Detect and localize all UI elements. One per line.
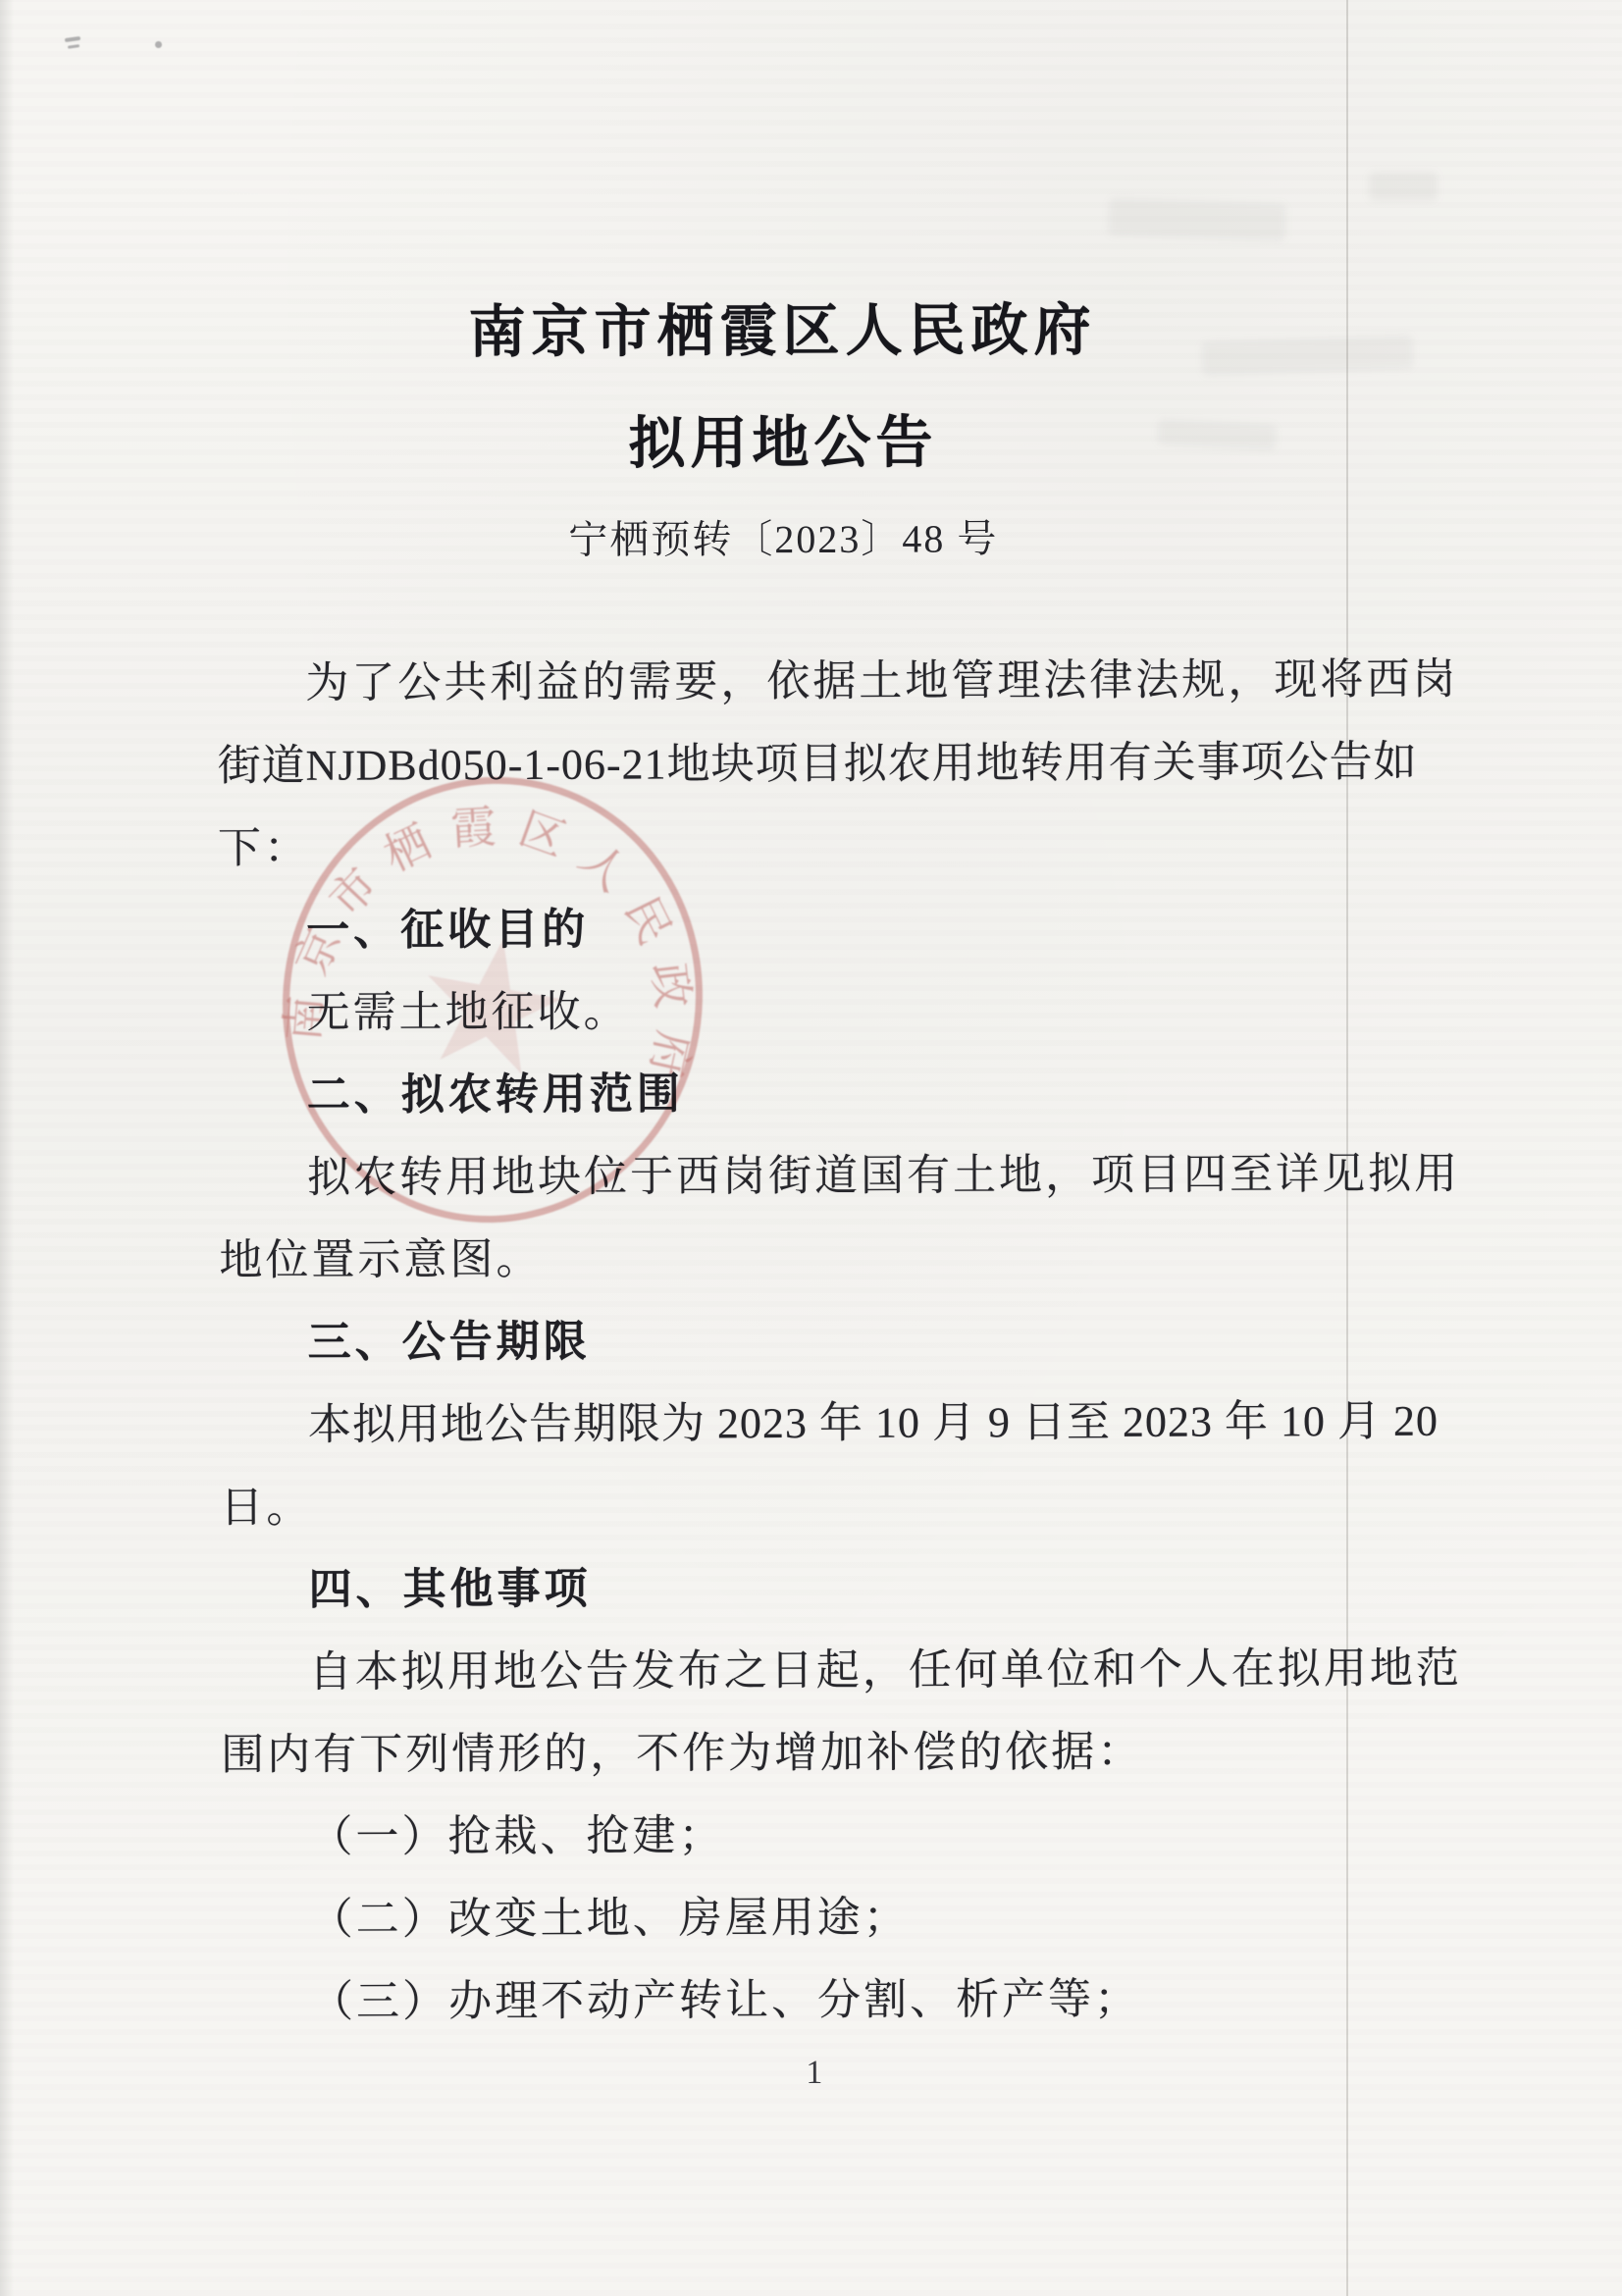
scanned-document-page: 南京市栖霞区人民政府 拟用地公告 宁栖预转〔2023〕48 号 为了公共利益的需… xyxy=(0,0,1622,2296)
document-title: 南京市栖霞区人民政府 xyxy=(0,282,1568,370)
body-line: 三、公告期限 xyxy=(220,1298,1456,1384)
official-seal: 南京市栖霞区人民政府 xyxy=(244,740,741,1260)
document-content: 南京市栖霞区人民政府 拟用地公告 宁栖预转〔2023〕48 号 为了公共利益的需… xyxy=(0,0,1622,2296)
page-number: 1 xyxy=(3,2052,1622,2095)
body-line: （三）办理不动产转让、分割、析产等； xyxy=(222,1957,1458,2044)
body-line: 自本拟用地公告发布之日起，任何单位和个人在拟用地范 xyxy=(221,1628,1457,1714)
body-line: （二）改变土地、房屋用途； xyxy=(222,1875,1458,1961)
body-line: 围内有下列情形的，不作为增加补偿的依据： xyxy=(221,1710,1457,1797)
body-line: 为了公共利益的需要，依据土地管理法律法规，现将西岗 xyxy=(217,639,1453,725)
body-line: 地位置示意图。 xyxy=(219,1216,1455,1302)
seal-star xyxy=(414,927,570,1078)
body-line: （一）抢栽、抢建； xyxy=(221,1793,1457,1879)
body-line: 日。 xyxy=(220,1463,1456,1549)
body-line: 四、其他事项 xyxy=(220,1545,1456,1632)
seal-text: 南京市栖霞区人民政府 xyxy=(271,765,736,1112)
document-subtitle: 拟用地公告 xyxy=(0,393,1569,482)
document-number: 宁栖预转〔2023〕48 号 xyxy=(0,505,1569,567)
svg-text:南京市栖霞区人民政府: 南京市栖霞区人民政府 xyxy=(271,765,736,1112)
body-line: 本拟用地公告期限为 2023 年 10 月 9 日至 2023 年 10 月 2… xyxy=(220,1381,1456,1467)
